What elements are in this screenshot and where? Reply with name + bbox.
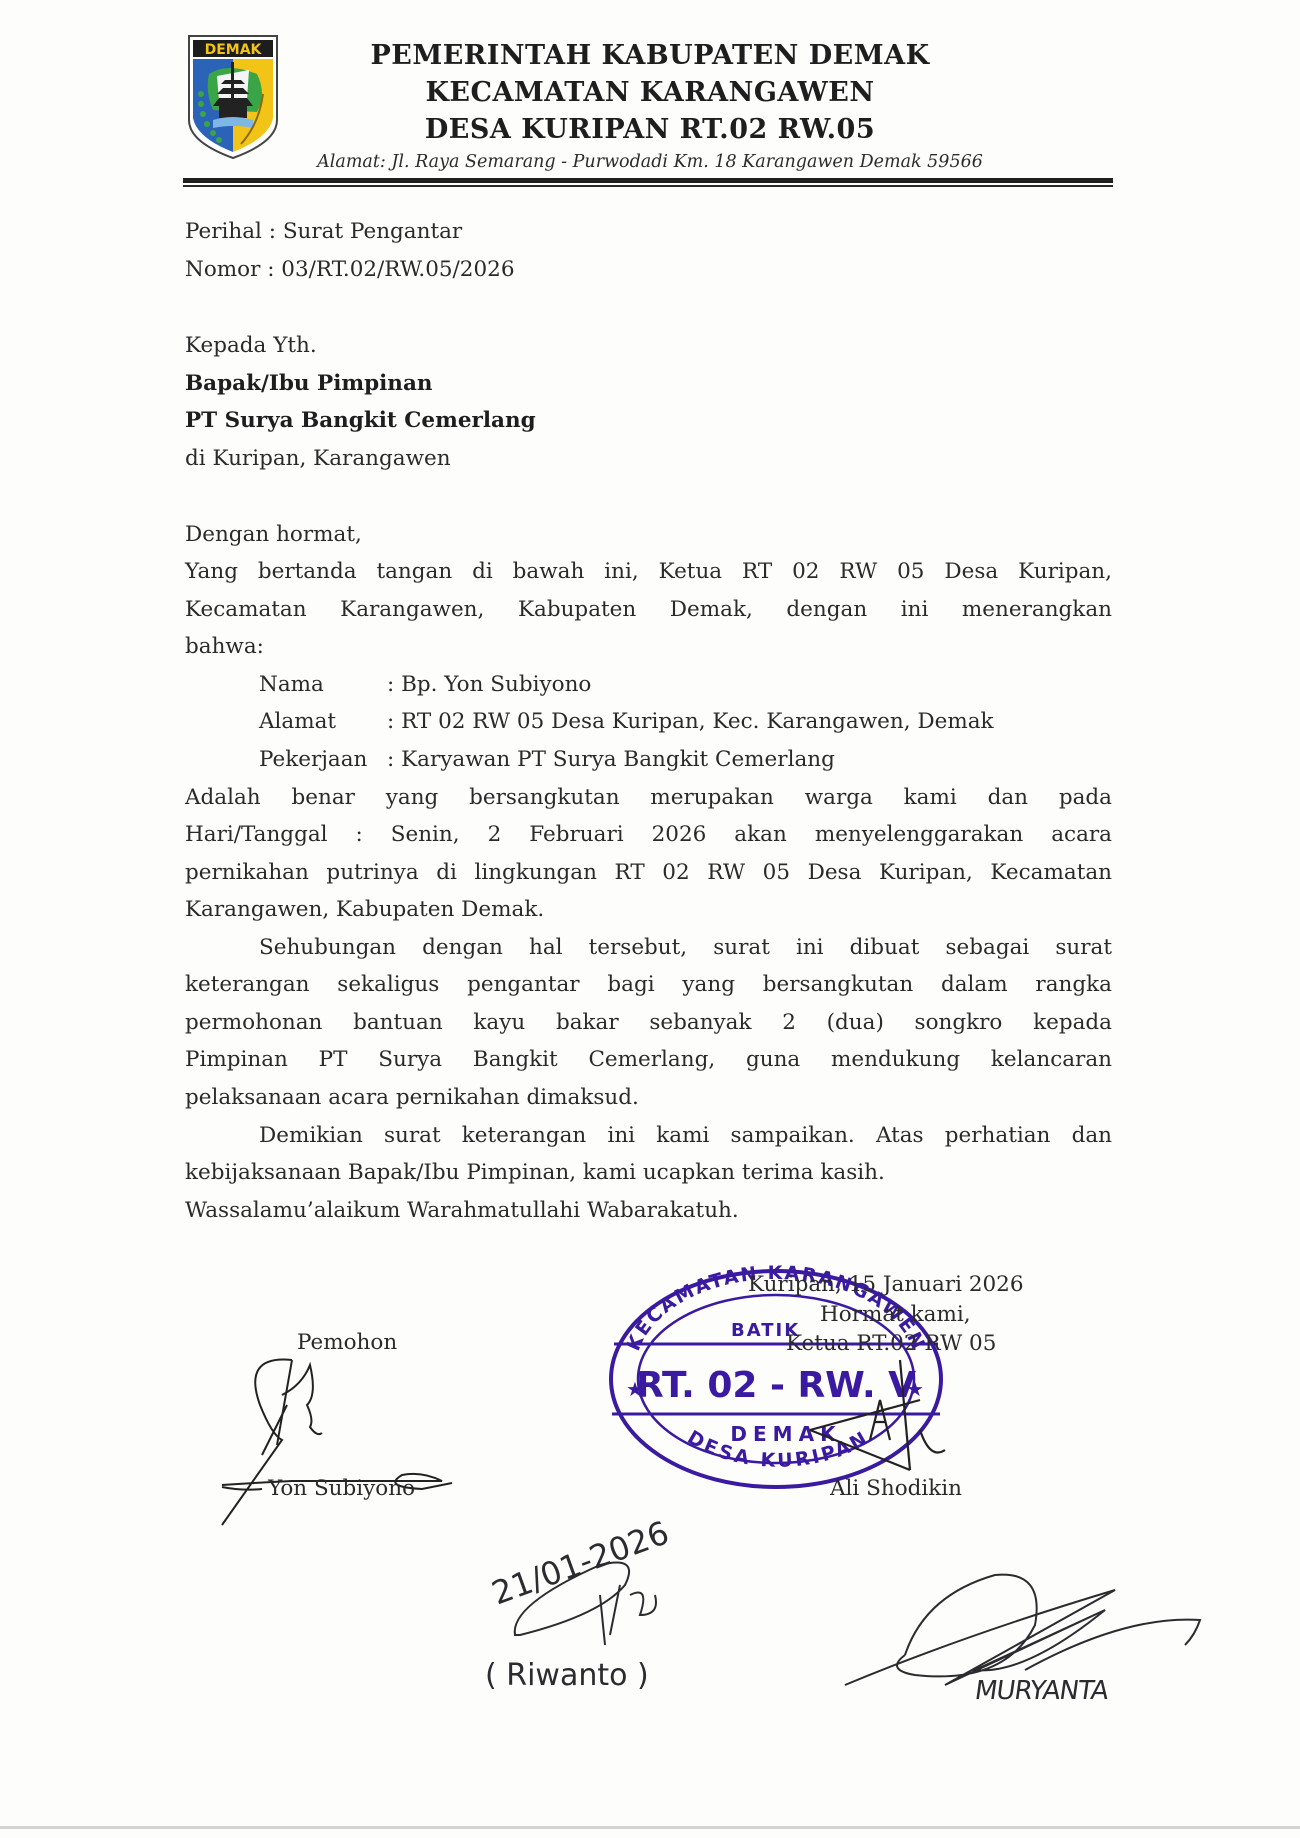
field-address: Alamat: RT 02 RW 05 Desa Kuripan, Kec. K…	[259, 708, 994, 736]
field-value: : Bp. Yon Subiyono	[387, 672, 591, 697]
field-value: : RT 02 RW 05 Desa Kuripan, Kec. Karanga…	[387, 709, 994, 734]
intro-line: Kecamatan Karangawen, Kabupaten Demak, d…	[185, 596, 1112, 624]
paragraph-line: Hari/Tanggal : Senin, 2 Februari 2026 ak…	[185, 821, 1112, 849]
paragraph-line: Pimpinan PT Surya Bangkit Cemerlang, gun…	[185, 1046, 1112, 1074]
place-date: Kuripan, 15 Januari 2026	[748, 1272, 1024, 1297]
signer-position: Ketua RT.02 RW 05	[786, 1331, 996, 1356]
paragraph-line: Sehubungan dengan hal tersebut, surat in…	[259, 934, 1112, 962]
field-label: Nama	[259, 671, 387, 699]
second-signer-name: MURYANTA	[973, 1676, 1110, 1706]
handwritten-approval: 21/01-2026 ( Riwanto )	[490, 1525, 790, 1705]
svg-text:DEMAK: DEMAK	[205, 42, 263, 58]
paragraph-line: keterangan sekaligus pengantar bagi yang…	[185, 971, 1112, 999]
header-district: KECAMATAN KARANGAWEN	[300, 77, 1000, 108]
header-rule-thin	[183, 185, 1113, 187]
recipient-location: di Kuripan, Karangawen	[185, 445, 451, 473]
subject-line: Perihal : Surat Pengantar	[185, 218, 462, 246]
paragraph-line: kebijaksanaan Bapak/Ibu Pimpinan, kami u…	[185, 1159, 885, 1187]
recipient-salutation: Kepada Yth.	[185, 332, 317, 360]
signer-name: Ali Shodikin	[830, 1476, 962, 1501]
paragraph-line: Wassalamu’alaikum Warahmatullahi Wabarak…	[185, 1197, 739, 1225]
header-rule-thick	[183, 178, 1113, 183]
field-value: : Karyawan PT Surya Bangkit Cemerlang	[387, 747, 835, 772]
field-name: Nama: Bp. Yon Subiyono	[259, 671, 591, 699]
paragraph-line: Karangawen, Kabupaten Demak.	[185, 896, 544, 924]
closing: Hormat kami,	[820, 1302, 971, 1327]
intro-line: Yang bertanda tangan di bawah ini, Ketua…	[185, 558, 1112, 586]
demak-regency-logo: DEMAK	[187, 34, 279, 160]
scan-edge	[0, 1826, 1300, 1829]
svg-text:( Riwanto ): ( Riwanto )	[485, 1658, 649, 1693]
number-line: Nomor : 03/RT.02/RW.05/2026	[185, 256, 515, 284]
rt-head-signature	[810, 1360, 950, 1470]
header-government: PEMERINTAH KABUPATEN DEMAK	[300, 40, 1000, 71]
field-occupation: Pekerjaan: Karyawan PT Surya Bangkit Cem…	[259, 746, 835, 774]
paragraph-line: Demikian surat keterangan ini kami sampa…	[259, 1122, 1112, 1150]
intro-line: bahwa:	[185, 633, 264, 661]
greeting: Dengan hormat,	[185, 521, 362, 549]
header-village: DESA KURIPAN RT.02 RW.05	[300, 114, 1000, 145]
paragraph-line: pelaksanaan acara pernikahan dimaksud.	[185, 1084, 639, 1112]
recipient-name: Bapak/Ibu Pimpinan	[185, 370, 433, 398]
paragraph-line: permohonan bantuan kayu bakar sebanyak 2…	[185, 1009, 1112, 1037]
field-label: Pekerjaan	[259, 746, 387, 774]
field-label: Alamat	[259, 708, 387, 736]
paragraph-line: Adalah benar yang bersangkutan merupakan…	[185, 784, 1112, 812]
svg-text:21/01-2026: 21/01-2026	[487, 1513, 674, 1612]
header-address: Alamat: Jl. Raya Semarang - Purwodadi Km…	[270, 152, 1030, 172]
paragraph-line: pernikahan putrinya di lingkungan RT 02 …	[185, 859, 1112, 887]
applicant-name: Yon Subiyono	[268, 1476, 415, 1501]
second-signature	[845, 1575, 1205, 1685]
recipient-company: PT Surya Bangkit Cemerlang	[185, 407, 536, 435]
